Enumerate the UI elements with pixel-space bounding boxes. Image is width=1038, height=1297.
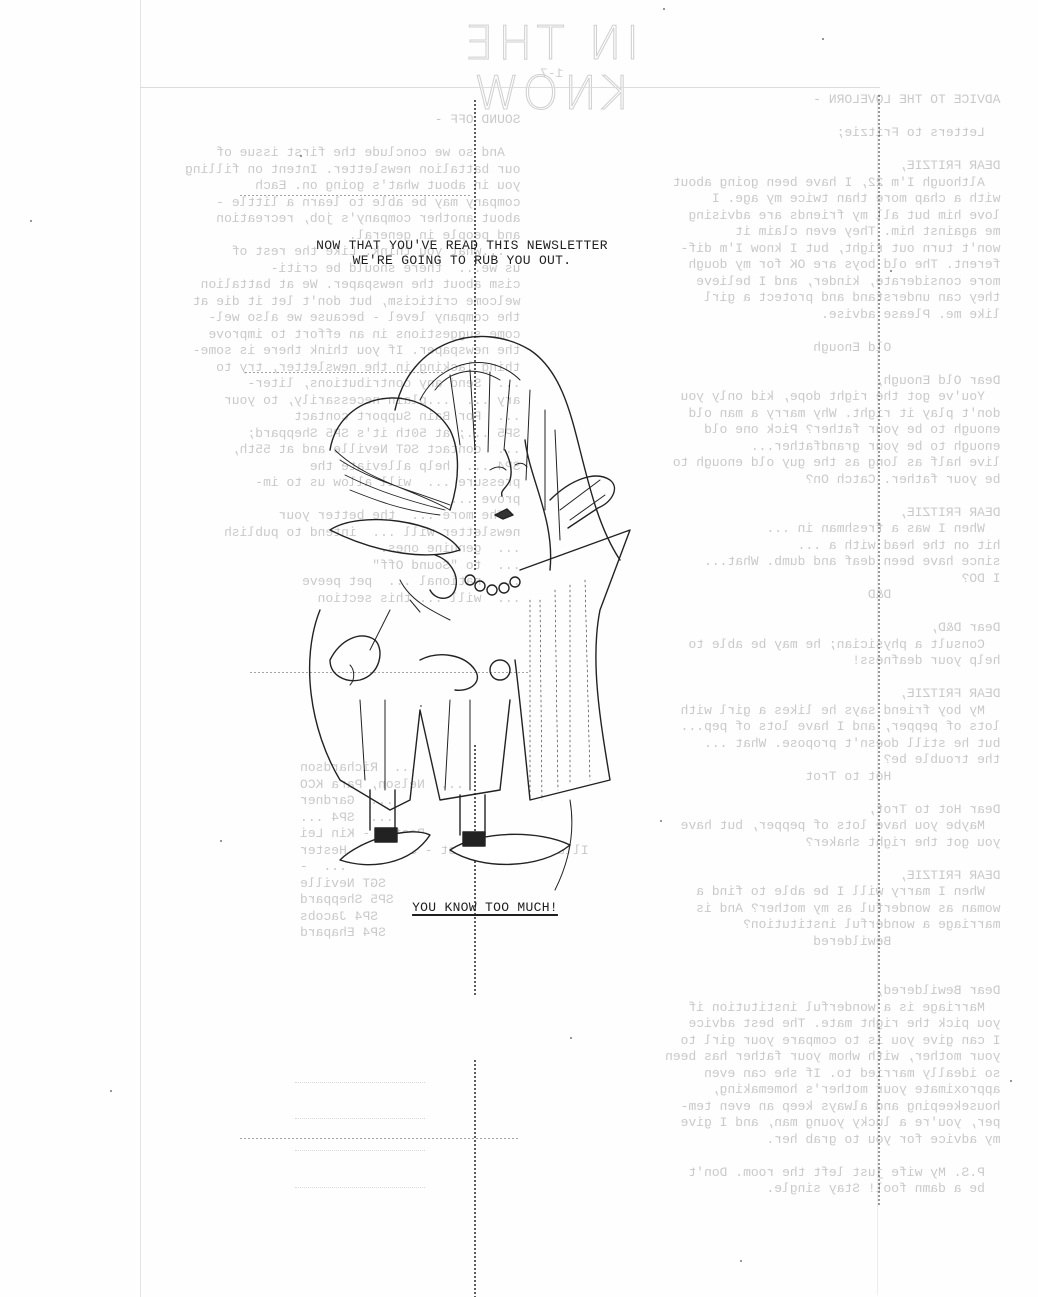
caption-top-line-2: WE'RE GOING TO RUB YOU OUT. <box>292 253 632 268</box>
bleed-through-rule <box>295 1150 425 1154</box>
bleed-through-right-column: ADVICE TO THE LOVELORN - Letters to Frit… <box>665 92 1000 1198</box>
page-margin-line <box>878 95 880 1205</box>
scanned-page: IN THE KNOW 1-7 SOUND OFF - And so we co… <box>0 0 1038 1297</box>
page-edge-left <box>140 0 141 1297</box>
caption-bottom: YOU KNOW TOO MUCH! <box>410 900 560 915</box>
bleed-through-rule <box>295 1082 425 1086</box>
dotted-rule <box>240 195 470 196</box>
caption-top: NOW THAT YOU'VE READ THIS NEWSLETTER WE'… <box>292 238 632 268</box>
masthead-rule <box>140 87 880 88</box>
cartoon-illustration <box>300 280 660 900</box>
bleed-through-rule <box>295 1187 425 1191</box>
column-divider <box>474 1060 476 1297</box>
dotted-rule <box>240 1138 520 1139</box>
bleed-through-rule <box>295 1118 425 1122</box>
masthead-subtitle: 1-7 <box>540 66 563 81</box>
caption-top-line-1: NOW THAT YOU'VE READ THIS NEWSLETTER <box>292 238 632 253</box>
masthead-bleed-through: IN THE KNOW <box>410 18 690 68</box>
